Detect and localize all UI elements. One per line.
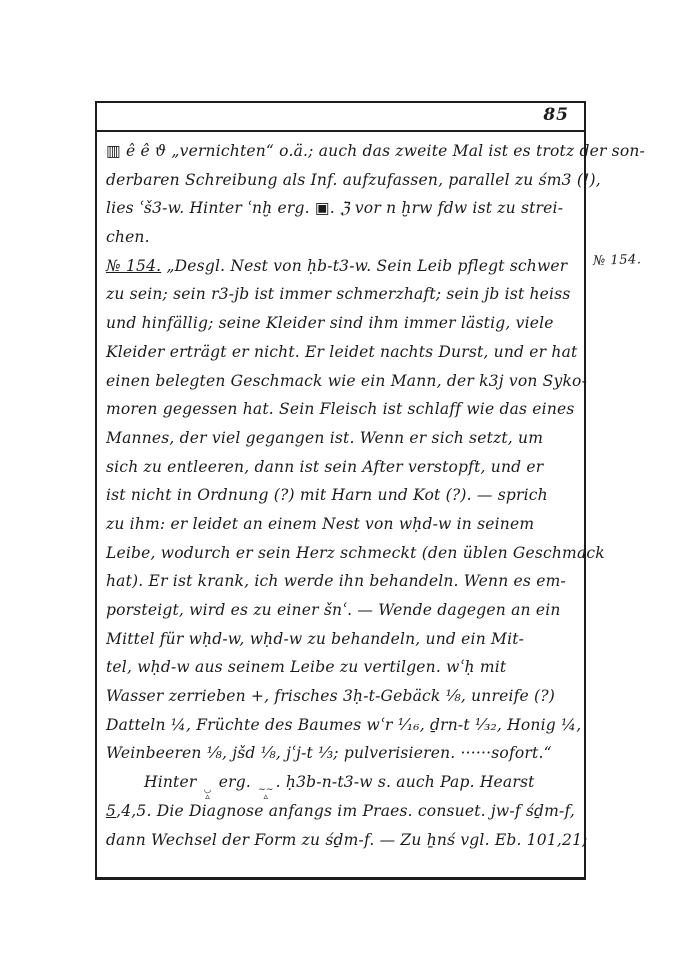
text-line: Weinbeeren ⅛, jšd ⅛, jʿj-t ⅓; pulverisie… — [106, 739, 580, 768]
text-line: Wasser zerrieben +, frisches 3ḥ-t-Gebäck… — [106, 682, 580, 711]
page-header-band: 85 — [97, 103, 584, 132]
text-line-hinter-note: Hinter ◡▵ erg. ∼∼▵. ḥ3b-n-t3-w s. auch P… — [106, 768, 580, 797]
margin-note: № 154. — [593, 252, 642, 269]
text-line: ist nicht in Ordnung (?) mit Harn und Ko… — [106, 481, 580, 510]
page-frame: 85 ▥ ê ê ϑ „vernichten“ o.ä.; auch das z… — [95, 101, 586, 880]
text-line: und hinfällig; seine Kleider sind ihm im… — [106, 309, 580, 338]
text-line: Kleider erträgt er nicht. Er leidet nach… — [106, 338, 580, 367]
text-line: chen. — [106, 223, 580, 252]
text-line: Mittel für wḥd-w, wḥd-w zu behandeln, un… — [106, 625, 580, 654]
text-line: porsteigt, wird es zu einer šnʿ. — Wende… — [106, 596, 580, 625]
text-line: zu sein; sein r3-jb ist immer schmerzhaf… — [106, 280, 580, 309]
text-line: Datteln ¼, Früchte des Baumes wʿr ¹⁄₁₆, … — [106, 711, 580, 740]
page-number: 85 — [543, 105, 569, 125]
text-line: Leibe, wodurch er sein Herz schmeckt (de… — [106, 539, 580, 568]
text-line: hat). Er ist krank, ich werde ihn behand… — [106, 567, 580, 596]
text-line: Mannes, der viel gegangen ist. Wenn er s… — [106, 424, 580, 453]
text-line: zu ihm: er leidet an einem Nest von wḥd-… — [106, 510, 580, 539]
text-line: lies ʿš3-w. Hinter ʿnḫ erg. ▣. ℨ vor n ḫ… — [106, 194, 580, 223]
text-line: einen belegten Geschmack wie ein Mann, d… — [106, 367, 580, 396]
manuscript-text: ▥ ê ê ϑ „vernichten“ o.ä.; auch das zwei… — [97, 132, 584, 854]
text-line: 5,4,5. Die Diagnose anfangs im Praes. co… — [106, 797, 580, 826]
text-line: ▥ ê ê ϑ „vernichten“ o.ä.; auch das zwei… — [106, 137, 580, 166]
text-line: dann Wechsel der Form zu śḏm-f. — Zu ẖnś… — [106, 826, 580, 855]
text-line: moren gegessen hat. Sein Fleisch ist sch… — [106, 395, 580, 424]
text-line: sich zu entleeren, dann ist sein After v… — [106, 453, 580, 482]
text-line: derbaren Schreibung als Inf. aufzufassen… — [106, 166, 580, 195]
text-line-entry-154: № 154. „Desgl. Nest von ḥb-t3-w. Sein Le… — [106, 252, 580, 281]
text-line: tel, wḥd-w aus seinem Leibe zu vertilgen… — [106, 653, 580, 682]
